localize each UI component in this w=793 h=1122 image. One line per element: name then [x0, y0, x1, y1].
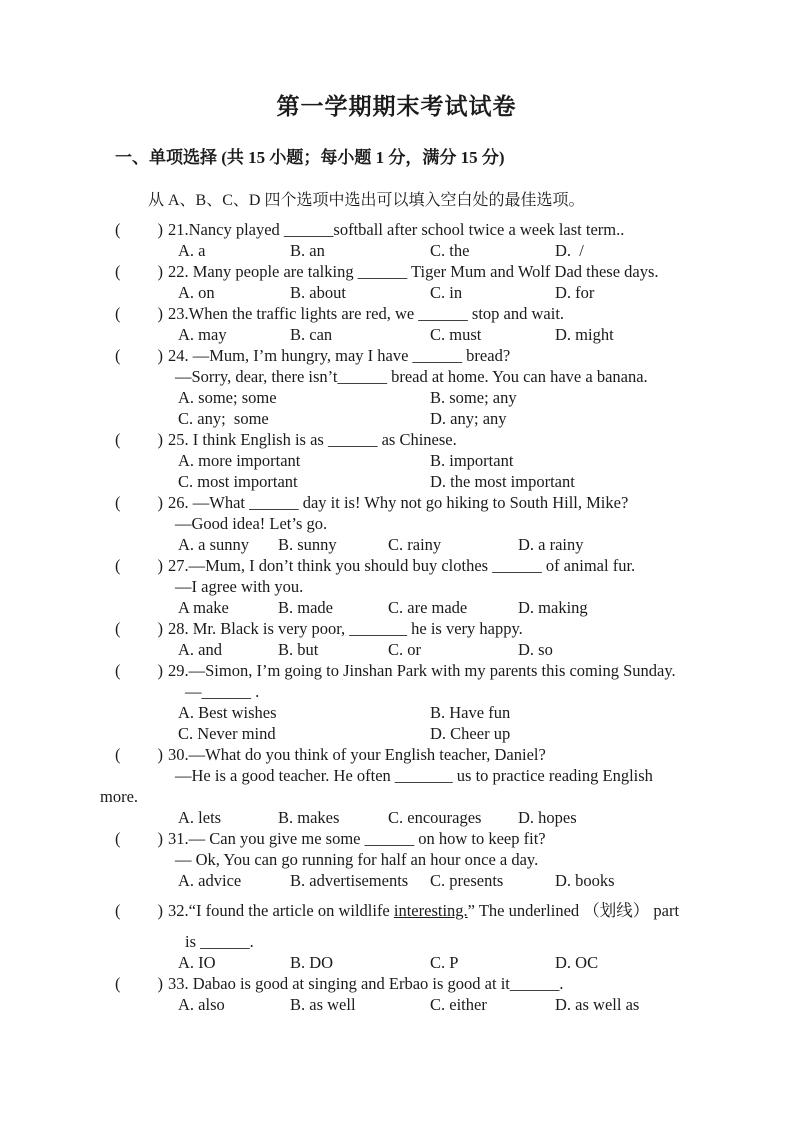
option-a: A. on: [178, 282, 290, 303]
question-stem-line: —He is a good teacher. He often _______ …: [100, 765, 735, 786]
option-b: B. about: [290, 282, 430, 303]
question-stem-line: ()30.—What do you think of your English …: [100, 744, 735, 765]
option-c: C. in: [430, 282, 555, 303]
options-row: A. onB. aboutC. inD. for: [100, 282, 735, 303]
question-32: ()32.“I found the article on wildlife in…: [100, 900, 735, 973]
question-stem-line: more.: [100, 786, 735, 807]
options-row: A. aB. anC. theD. /: [100, 240, 735, 261]
options-row: A. a sunnyB. sunnyC. rainyD. a rainy: [100, 534, 735, 555]
question-stem-text: 31.— Can you give me some ______ on how …: [168, 829, 546, 848]
option-c: C. must: [430, 324, 555, 345]
answer-paren-close: ): [158, 304, 164, 323]
question-stem-text: 30.—What do you think of your English te…: [168, 745, 546, 764]
options-row: C. most importantD. the most important: [100, 471, 735, 492]
option-c: C. most important: [178, 471, 430, 492]
option-c: C. Never mind: [178, 723, 430, 744]
option-a: A. lets: [178, 807, 278, 828]
answer-paren-close: ): [158, 430, 164, 449]
option-d: D. making: [518, 597, 735, 618]
answer-paren-open: (: [115, 619, 121, 638]
question-stem-line: —I agree with you.: [100, 576, 735, 597]
answer-paren-open: (: [115, 346, 121, 365]
option-c: C. or: [388, 639, 518, 660]
option-b: B. made: [278, 597, 388, 618]
question-26: ()26. —What ______ day it is! Why not go…: [100, 492, 735, 555]
option-d: D. the most important: [430, 471, 735, 492]
option-c: C. either: [430, 994, 555, 1015]
option-b: B. Have fun: [430, 702, 735, 723]
option-a: A. a sunny: [178, 534, 278, 555]
question-stem-line: —Sorry, dear, there isn’t______ bread at…: [100, 366, 735, 387]
option-d: D. Cheer up: [430, 723, 735, 744]
options-row: A. letsB. makesC. encouragesD. hopes: [100, 807, 735, 828]
question-stem-text: 27.—Mum, I don’t think you should buy cl…: [168, 556, 635, 575]
question-stem-line: ()27.—Mum, I don’t think you should buy …: [100, 555, 735, 576]
options-row: A. andB. butC. orD. so: [100, 639, 735, 660]
question-stem-line: — Ok, You can go running for half an hou…: [100, 849, 735, 870]
question-22: ()22. Many people are talking ______ Tig…: [100, 261, 735, 303]
question-24: ()24. —Mum, I’m hungry, may I have _____…: [100, 345, 735, 429]
option-b: B. advertisements: [290, 870, 430, 891]
option-a: A. some; some: [178, 387, 430, 408]
question-stem-text: 24. —Mum, I’m hungry, may I have ______ …: [168, 346, 510, 365]
instruction-text: 从 A、B、C、D 四个选项中选出可以填入空白处的最佳选项。: [100, 190, 735, 212]
question-27: ()27.—Mum, I don’t think you should buy …: [100, 555, 735, 618]
question-stem-line: ()33. Dabao is good at singing and Erbao…: [100, 973, 735, 994]
answer-paren-close: ): [158, 346, 164, 365]
question-stem-text: 26. —What ______ day it is! Why not go h…: [168, 493, 628, 512]
question-21: ()21.Nancy played ______softball after s…: [100, 219, 735, 261]
question-stem-text: 22. Many people are talking ______ Tiger…: [168, 262, 659, 281]
answer-paren-close: ): [158, 661, 164, 680]
option-a: A. advice: [178, 870, 290, 891]
answer-paren-close: ): [158, 556, 164, 575]
answer-paren-close: ): [158, 829, 164, 848]
question-stem-text: 29.—Simon, I’m going to Jinshan Park wit…: [168, 661, 676, 680]
option-b: B. DO: [290, 952, 430, 973]
answer-paren-open: (: [115, 901, 121, 920]
question-31: ()31.— Can you give me some ______ on ho…: [100, 828, 735, 891]
answer-paren-open: (: [115, 430, 121, 449]
option-b: B. as well: [290, 994, 430, 1015]
question-30: ()30.—What do you think of your English …: [100, 744, 735, 828]
answer-paren-close: ): [158, 262, 164, 281]
option-d: D. books: [555, 870, 735, 891]
page-title: 第一学期期末考试试卷: [0, 0, 793, 122]
option-c: C. P: [430, 952, 555, 973]
option-b: B. some; any: [430, 387, 735, 408]
option-d: D. /: [555, 240, 735, 261]
answer-paren-close: ): [158, 901, 164, 920]
question-29: ()29.—Simon, I’m going to Jinshan Park w…: [100, 660, 735, 744]
question-stem-line: ()22. Many people are talking ______ Tig…: [100, 261, 735, 282]
answer-paren-open: (: [115, 262, 121, 281]
option-a: A. more important: [178, 450, 430, 471]
question-stem-text: 21.Nancy played ______softball after sch…: [168, 220, 624, 239]
option-c: C. the: [430, 240, 555, 261]
option-a: A. also: [178, 994, 290, 1015]
question-stem-text: 28. Mr. Black is very poor, _______ he i…: [168, 619, 523, 638]
question-33: ()33. Dabao is good at singing and Erbao…: [100, 973, 735, 1015]
answer-paren-open: (: [115, 493, 121, 512]
question-stem-line: ()31.— Can you give me some ______ on ho…: [100, 828, 735, 849]
options-row: C. Never mindD. Cheer up: [100, 723, 735, 744]
question-stem-line: ()26. —What ______ day it is! Why not go…: [100, 492, 735, 513]
exam-document-page: 第一学期期末考试试卷 一、单项选择 (共 15 小题；每小题 1 分，满分 15…: [0, 0, 793, 1122]
question-stem-line: ()21.Nancy played ______softball after s…: [100, 219, 735, 240]
question-stem-line: ()32.“I found the article on wildlife in…: [100, 900, 735, 921]
answer-paren-open: (: [115, 829, 121, 848]
question-stem-line: ()24. —Mum, I’m hungry, may I have _____…: [100, 345, 735, 366]
question-list: ()21.Nancy played ______softball after s…: [100, 219, 735, 1015]
question-stem-line: is ______.: [100, 931, 735, 952]
answer-paren-open: (: [115, 745, 121, 764]
question-stem-text: 33. Dabao is good at singing and Erbao i…: [168, 974, 564, 993]
option-b: B. important: [430, 450, 735, 471]
options-row: A makeB. madeC. are madeD. making: [100, 597, 735, 618]
answer-paren-open: (: [115, 304, 121, 323]
question-stem-text: 25. I think English is as ______ as Chin…: [168, 430, 457, 449]
question-28: ()28. Mr. Black is very poor, _______ he…: [100, 618, 735, 660]
option-b: B. an: [290, 240, 430, 261]
question-stem-line: ()28. Mr. Black is very poor, _______ he…: [100, 618, 735, 639]
section-heading: 一、单项选择 (共 15 小题；每小题 1 分，满分 15 分): [100, 147, 735, 169]
question-25: ()25. I think English is as ______ as Ch…: [100, 429, 735, 492]
options-row: A. Best wishesB. Have fun: [100, 702, 735, 723]
option-d: D. hopes: [518, 807, 735, 828]
underlined-word: interesting.: [394, 901, 468, 920]
answer-paren-open: (: [115, 974, 121, 993]
stem-segment: 32.“I found the article on wildlife: [168, 901, 394, 920]
question-stem-line: —Good idea! Let’s go.: [100, 513, 735, 534]
options-row: A. IOB. DOC. PD. OC: [100, 952, 735, 973]
options-row: A. alsoB. as wellC. eitherD. as well as: [100, 994, 735, 1015]
option-d: D. so: [518, 639, 735, 660]
options-row: C. any; someD. any; any: [100, 408, 735, 429]
question-stem-line: —______ .: [100, 681, 735, 702]
option-d: D. a rainy: [518, 534, 735, 555]
option-c: C. rainy: [388, 534, 518, 555]
question-stem-line: ()29.—Simon, I’m going to Jinshan Park w…: [100, 660, 735, 681]
question-stem-text: 32.“I found the article on wildlife inte…: [168, 901, 679, 920]
options-row: A. more importantB. important: [100, 450, 735, 471]
answer-paren-open: (: [115, 220, 121, 239]
option-d: D. for: [555, 282, 735, 303]
answer-paren-close: ): [158, 220, 164, 239]
answer-paren-close: ): [158, 619, 164, 638]
option-b: B. can: [290, 324, 430, 345]
option-d: D. OC: [555, 952, 735, 973]
question-23: ()23.When the traffic lights are red, we…: [100, 303, 735, 345]
answer-paren-close: ): [158, 493, 164, 512]
option-a: A. Best wishes: [178, 702, 430, 723]
question-stem-line: ()25. I think English is as ______ as Ch…: [100, 429, 735, 450]
option-a: A. a: [178, 240, 290, 261]
option-c: C. presents: [430, 870, 555, 891]
option-b: B. sunny: [278, 534, 388, 555]
options-row: A. adviceB. advertisementsC. presentsD. …: [100, 870, 735, 891]
answer-paren-close: ): [158, 974, 164, 993]
option-a: A. may: [178, 324, 290, 345]
option-c: C. are made: [388, 597, 518, 618]
answer-paren-open: (: [115, 661, 121, 680]
question-stem-line: ()23.When the traffic lights are red, we…: [100, 303, 735, 324]
question-stem-text: 23.When the traffic lights are red, we _…: [168, 304, 564, 323]
option-a: A. and: [178, 639, 278, 660]
option-a: A. IO: [178, 952, 290, 973]
option-d: D. any; any: [430, 408, 735, 429]
option-b: B. but: [278, 639, 388, 660]
option-d: D. might: [555, 324, 735, 345]
stem-segment: ” The underlined （划线） part: [468, 901, 679, 920]
answer-paren-close: ): [158, 745, 164, 764]
options-row: A. mayB. canC. mustD. might: [100, 324, 735, 345]
option-c: C. any; some: [178, 408, 430, 429]
option-a: A make: [178, 597, 278, 618]
option-b: B. makes: [278, 807, 388, 828]
option-c: C. encourages: [388, 807, 518, 828]
answer-paren-open: (: [115, 556, 121, 575]
options-row: A. some; someB. some; any: [100, 387, 735, 408]
option-d: D. as well as: [555, 994, 735, 1015]
